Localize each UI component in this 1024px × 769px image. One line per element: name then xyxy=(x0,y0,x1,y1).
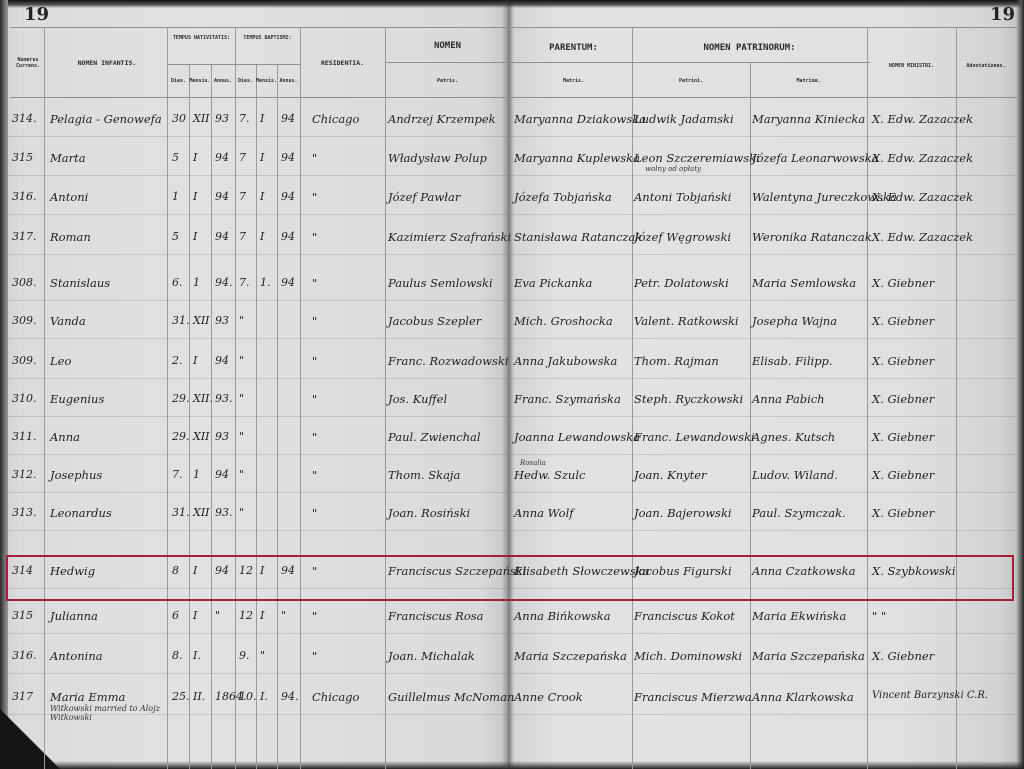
godfather-name: Mich. Dominowski xyxy=(634,649,742,663)
baptism-month: 1. xyxy=(260,276,271,289)
birth-month: XII xyxy=(193,506,210,519)
birth-day: 5 xyxy=(172,151,179,164)
godmother-name: Ludov. Wiland. xyxy=(752,468,838,482)
birth-year: 94 xyxy=(215,151,229,164)
godfather-name: Franciscus Kokot xyxy=(634,609,735,623)
header-tempus-baptismi: TEMPUS BAPTISMI: xyxy=(235,36,300,42)
row-rule xyxy=(8,300,1016,301)
mother-name: Anna Bińkowska xyxy=(514,609,611,623)
minister-name: X. Edw. Zazaczek xyxy=(872,151,973,165)
residence: " xyxy=(312,430,317,444)
header-nomen-ministri: NOMEN MINISTRI. xyxy=(867,64,956,70)
birth-day: 2. xyxy=(172,354,183,367)
residence: " xyxy=(312,190,317,204)
register-entry-row: 309.Vanda31.XII93""Jacobus SzeplerMich. … xyxy=(0,308,1024,348)
row-rule xyxy=(8,530,1016,531)
minister-name: X. Giebner xyxy=(872,354,934,368)
residence: " xyxy=(312,276,317,290)
godfather-name: Valent. Ratkowski xyxy=(634,314,739,328)
register-entry-row: 316.Antonina8.I.9.""Joan. MichalakMaria … xyxy=(0,643,1024,683)
baptism-day: " xyxy=(239,430,244,443)
header-nomen: NOMEN xyxy=(385,41,510,51)
baptism-month: I xyxy=(260,112,264,125)
mother-name-correction: Rosalia xyxy=(520,459,546,467)
birth-day: 6 xyxy=(172,609,179,622)
birth-month: I xyxy=(193,230,197,243)
entry-number: 317 xyxy=(12,690,33,703)
birth-month: 1 xyxy=(193,276,200,289)
mother-name: Maryanna Dziakowska xyxy=(514,112,646,126)
left-page-number: 19 xyxy=(24,4,49,25)
birth-day: 29. xyxy=(172,392,190,405)
godfather-name: Józef Węgrowski xyxy=(634,230,731,244)
birth-day: 5 xyxy=(172,230,179,243)
birth-year: 94. xyxy=(215,276,233,289)
register-entry-row: 313.Leonardus31.XII93.""Joan. RosińskiAn… xyxy=(0,500,1024,540)
entry-number: 314. xyxy=(12,112,37,125)
baptism-day: 7. xyxy=(239,276,250,289)
birth-day: 30 xyxy=(172,112,186,125)
entry-number: 309. xyxy=(12,314,37,327)
mother-name: Anna Jakubowska xyxy=(514,354,617,368)
birth-day: 1 xyxy=(172,190,179,203)
row-rule xyxy=(8,214,1016,215)
godfather-name: Thom. Rajman xyxy=(634,354,719,368)
mother-name: Stanisława Ratanczak xyxy=(514,230,642,244)
birth-month: XII xyxy=(193,112,210,125)
birth-day: 6. xyxy=(172,276,183,289)
baptism-day: 7 xyxy=(239,190,246,203)
baptism-year: " xyxy=(281,609,286,622)
godmother-name: Elisab. Filipp. xyxy=(752,354,833,368)
register-entry-row: 315Julianna6I"12I""Franciscus RosaAnna B… xyxy=(0,603,1024,643)
infant-name: Stanislaus xyxy=(50,276,110,290)
residence: " xyxy=(312,354,317,368)
birth-day: 31. xyxy=(172,506,190,519)
birth-month: I xyxy=(193,609,197,622)
baptism-year: 94 xyxy=(281,151,295,164)
row-rule xyxy=(8,254,1016,255)
row-rule xyxy=(8,633,1016,634)
minister-name: " " xyxy=(872,609,886,623)
register-entry-row: 316.Antoni1I947I94"Józef PawłarJózefa To… xyxy=(0,184,1024,224)
birth-day: 25. xyxy=(172,690,190,703)
register-entry-row: 314.Pelagia - Genowefa30XII937.I94Chicag… xyxy=(0,106,1024,146)
baptism-year: 94 xyxy=(281,190,295,203)
baptism-month: I xyxy=(260,609,264,622)
infant-name: Pelagia - Genowefa xyxy=(50,112,162,126)
baptism-day: 7. xyxy=(239,112,250,125)
godmother-name: Maria Semlowska xyxy=(752,276,856,290)
birth-year: 93 xyxy=(215,314,229,327)
baptism-day: 10. xyxy=(239,690,257,703)
birth-month: XII xyxy=(193,430,210,443)
entry-number: 310. xyxy=(12,392,37,405)
infant-name: Leonardus xyxy=(50,506,112,520)
header-adnotationes: Adnotationes. xyxy=(956,64,1016,70)
row-rule xyxy=(8,416,1016,417)
row-rule xyxy=(8,454,1016,455)
mother-name: Joanna Lewandowska xyxy=(514,430,640,444)
godfather-name: Franciscus Mierzwa xyxy=(634,690,752,704)
row-rule xyxy=(8,378,1016,379)
father-name: Joan. Rosiński xyxy=(388,506,470,520)
register-entry-row: 312.Josephus7.194""Thom. SkajaHedw. Szul… xyxy=(0,462,1024,502)
godmother-name: Maria Ekwińska xyxy=(752,609,846,623)
baptism-month: I. xyxy=(260,690,268,703)
entry-number: 316. xyxy=(12,649,37,662)
tempus-sub-rule xyxy=(168,64,300,65)
infant-name: Josephus xyxy=(50,468,102,482)
baptism-day: " xyxy=(239,354,244,367)
infant-name: Eugenius xyxy=(50,392,104,406)
minister-name: X. Giebner xyxy=(872,649,934,663)
row-rule xyxy=(8,136,1016,137)
register-entry-row: 315Marta5I947I94"Władysław PolupMaryanna… xyxy=(0,145,1024,185)
birth-day: 29. xyxy=(172,430,190,443)
godfather-note: wolny od opłaty xyxy=(645,165,701,173)
father-name: Thom. Skaja xyxy=(388,468,460,482)
mother-name: Anne Crook xyxy=(514,690,583,704)
row-rule xyxy=(8,492,1016,493)
godmother-name: Josepha Wajna xyxy=(752,314,837,328)
infant-name: Marta xyxy=(50,151,86,165)
birth-year: 93. xyxy=(215,392,233,405)
baptism-year: 94 xyxy=(281,276,295,289)
baptism-day: " xyxy=(239,468,244,481)
register-entry-row: 311.Anna29.XII93""Paul. ZwienchalJoanna … xyxy=(0,424,1024,464)
right-page-number: 19 xyxy=(990,4,1015,25)
entry-number: 311. xyxy=(12,430,37,443)
baptism-day: 12 xyxy=(239,609,253,622)
header-top-rule xyxy=(10,27,1020,28)
baptism-month: I xyxy=(260,151,264,164)
baptism-day: 7 xyxy=(239,230,246,243)
godmother-name: Józefa Leonarwowska xyxy=(752,151,879,165)
baptism-day: 7 xyxy=(239,151,246,164)
entry-number: 313. xyxy=(12,506,37,519)
godfather-name: Franc. Lewandowski xyxy=(634,430,755,444)
infant-name: Anna xyxy=(50,430,80,444)
father-name: Jos. Kuffel xyxy=(388,392,447,406)
header-parentum: PARENTUM: xyxy=(515,43,632,53)
residence: Chicago xyxy=(312,112,359,126)
father-name: Paul. Zwienchal xyxy=(388,430,481,444)
minister-name: X. Giebner xyxy=(872,392,934,406)
baptism-month: I xyxy=(260,190,264,203)
infant-name: Roman xyxy=(50,230,91,244)
godmother-name: Maryanna Kiniecka xyxy=(752,112,865,126)
minister-name: X. Giebner xyxy=(872,468,934,482)
header-nat-mensis: Mensis. xyxy=(189,79,211,85)
birth-year: 93 xyxy=(215,112,229,125)
birth-year: 94 xyxy=(215,190,229,203)
minister-name: X. Giebner xyxy=(872,314,934,328)
birth-year: 94 xyxy=(215,230,229,243)
birth-month: II. xyxy=(193,690,205,703)
infant-name: Leo xyxy=(50,354,71,368)
father-name: Guillelmus McNoman xyxy=(388,690,514,704)
father-name: Franciscus Rosa xyxy=(388,609,484,623)
entry-number: 312. xyxy=(12,468,37,481)
baptism-month: " xyxy=(260,649,265,662)
baptism-day: 9. xyxy=(239,649,250,662)
baptism-year: 94 xyxy=(281,230,295,243)
godfather-name: Ludwik Jadamski xyxy=(634,112,734,126)
residence: " xyxy=(312,649,317,663)
birth-year: " xyxy=(215,609,220,622)
register-page: 19 19 Numerus Currens. NOMEN INFANTIS. T… xyxy=(0,0,1024,769)
godfather-name: Steph. Ryczkowski xyxy=(634,392,743,406)
infant-name: Maria Emma xyxy=(50,690,125,704)
godmother-name: Maria Szczepańska xyxy=(752,649,865,663)
header-patris: Patris. xyxy=(385,79,510,85)
father-name: Jacobus Szepler xyxy=(388,314,481,328)
godmother-name: Weronika Ratanczak xyxy=(752,230,872,244)
row-rule xyxy=(8,714,1016,715)
baptism-year: 94. xyxy=(281,690,299,703)
header-nomen-infantis: NOMEN INFANTIS. xyxy=(48,60,166,67)
register-entry-row: 310.Eugenius29.XII.93.""Jos. KuffelFranc… xyxy=(0,386,1024,426)
residence: " xyxy=(312,314,317,328)
nomen-sub-rule xyxy=(385,62,870,63)
godfather-name: Antoni Tobjański xyxy=(634,190,731,204)
father-name: Franc. Rozwadowski xyxy=(388,354,509,368)
mother-name: Eva Pickanka xyxy=(514,276,592,290)
birth-day: 8. xyxy=(172,649,183,662)
header-nat-dies: Dies. xyxy=(168,79,189,85)
highlighted-entry-box xyxy=(6,555,1014,601)
header-matrinae: Matrinæ. xyxy=(750,79,867,85)
birth-month: XII. xyxy=(193,392,213,405)
birth-month: I xyxy=(193,151,197,164)
register-entry-row: 317Maria Emma25.II.1864.10.I.94.ChicagoG… xyxy=(0,684,1024,724)
minister-name: X. Giebner xyxy=(872,506,934,520)
residence: " xyxy=(312,230,317,244)
header-residentia: RESIDENTIA. xyxy=(300,60,385,67)
father-name: Kazimierz Szafrański xyxy=(388,230,511,244)
mother-name: Franc. Szymańska xyxy=(514,392,621,406)
baptism-year: 94 xyxy=(281,112,295,125)
father-name: Władysław Polup xyxy=(388,151,487,165)
baptism-day: " xyxy=(239,506,244,519)
infant-name: Vanda xyxy=(50,314,86,328)
birth-month: I. xyxy=(193,649,201,662)
infant-name-note: Witkowski married to Alojz Witkowski xyxy=(50,704,160,722)
header-tempus-nativitatis: TEMPUS NATIVITATIS: xyxy=(168,36,235,42)
birth-year: 93 xyxy=(215,430,229,443)
mother-name: Hedw. Szulc xyxy=(514,468,585,482)
infant-name: Antonina xyxy=(50,649,103,663)
entry-number: 309. xyxy=(12,354,37,367)
residence: " xyxy=(312,468,317,482)
header-numerus: Numerus Currens. xyxy=(12,58,44,70)
row-rule xyxy=(8,175,1016,176)
entry-number: 315 xyxy=(12,609,33,622)
row-rule xyxy=(8,673,1016,674)
birth-month: XII xyxy=(193,314,210,327)
register-entry-row: 308.Stanislaus6.194.7.1.94"Paulus Semlow… xyxy=(0,270,1024,310)
register-entry-row: 309.Leo2.I94""Franc. RozwadowskiAnna Jak… xyxy=(0,348,1024,388)
residence: " xyxy=(312,609,317,623)
godmother-name: Paul. Szymczak. xyxy=(752,506,846,520)
entry-number: 315 xyxy=(12,151,33,164)
godfather-name: Petr. Dolatowski xyxy=(634,276,729,290)
entry-number: 316. xyxy=(12,190,37,203)
minister-name: X. Giebner xyxy=(872,430,934,444)
birth-month: 1 xyxy=(193,468,200,481)
birth-day: 31. xyxy=(172,314,190,327)
birth-month: I xyxy=(193,190,197,203)
entry-number: 308. xyxy=(12,276,37,289)
birth-year: 94 xyxy=(215,354,229,367)
baptism-day: " xyxy=(239,392,244,405)
father-name: Paulus Semlowski xyxy=(388,276,493,290)
father-name: Józef Pawłar xyxy=(388,190,460,204)
residence: " xyxy=(312,392,317,406)
godfather-name: Joan. Bajerowski xyxy=(634,506,732,520)
godmother-name: Anna Pabich xyxy=(752,392,825,406)
header-nomen-patrinorum: NOMEN PATRINORUM: xyxy=(632,43,867,53)
godfather-name: Leon Szczeremiawski xyxy=(634,151,760,165)
mother-name: Mich. Groshocka xyxy=(514,314,613,328)
birth-year: 93. xyxy=(215,506,233,519)
mother-name: Anna Wolf xyxy=(514,506,574,520)
header-bap-mensis: Mensis. xyxy=(256,79,277,85)
godmother-name: Agnes. Kutsch xyxy=(752,430,835,444)
register-entry-row: 317.Roman5I947I94"Kazimierz SzafrańskiSt… xyxy=(0,224,1024,264)
minister-name: X. Edw. Zazaczek xyxy=(872,230,973,244)
infant-name: Antoni xyxy=(50,190,88,204)
residence: " xyxy=(312,151,317,165)
residence: " xyxy=(312,506,317,520)
header-bap-annus: Annus. xyxy=(277,79,300,85)
father-name: Andrzej Krzempek xyxy=(388,112,496,126)
minister-name: X. Edw. Zazaczek xyxy=(872,190,973,204)
baptism-month: I xyxy=(260,230,264,243)
godfather-name: Joan. Knyter xyxy=(634,468,707,482)
birth-day: 7. xyxy=(172,468,183,481)
birth-month: I xyxy=(193,354,197,367)
mother-name: Józefa Tobjańska xyxy=(514,190,612,204)
mother-name: Maryanna Kuplewska xyxy=(514,151,640,165)
minister-name: Vincent Barzynski C.R. xyxy=(872,690,988,701)
minister-name: X. Edw. Zazaczek xyxy=(872,112,973,126)
mother-name: Maria Szczepańska xyxy=(514,649,627,663)
baptism-day: " xyxy=(239,314,244,327)
residence: Chicago xyxy=(312,690,359,704)
header-patrini: Patrini. xyxy=(632,79,750,85)
minister-name: X. Giebner xyxy=(872,276,934,290)
infant-name: Julianna xyxy=(50,609,98,623)
header-bap-dies: Dies. xyxy=(235,79,256,85)
father-name: Joan. Michalak xyxy=(388,649,475,663)
birth-year: 94 xyxy=(215,468,229,481)
godmother-name: Anna Klarkowska xyxy=(752,690,854,704)
entry-number: 317. xyxy=(12,230,37,243)
header-bottom-rule xyxy=(10,97,1020,98)
row-rule xyxy=(8,338,1016,339)
header-matris: Matris. xyxy=(515,79,632,85)
header-nat-annus: Annus. xyxy=(211,79,235,85)
